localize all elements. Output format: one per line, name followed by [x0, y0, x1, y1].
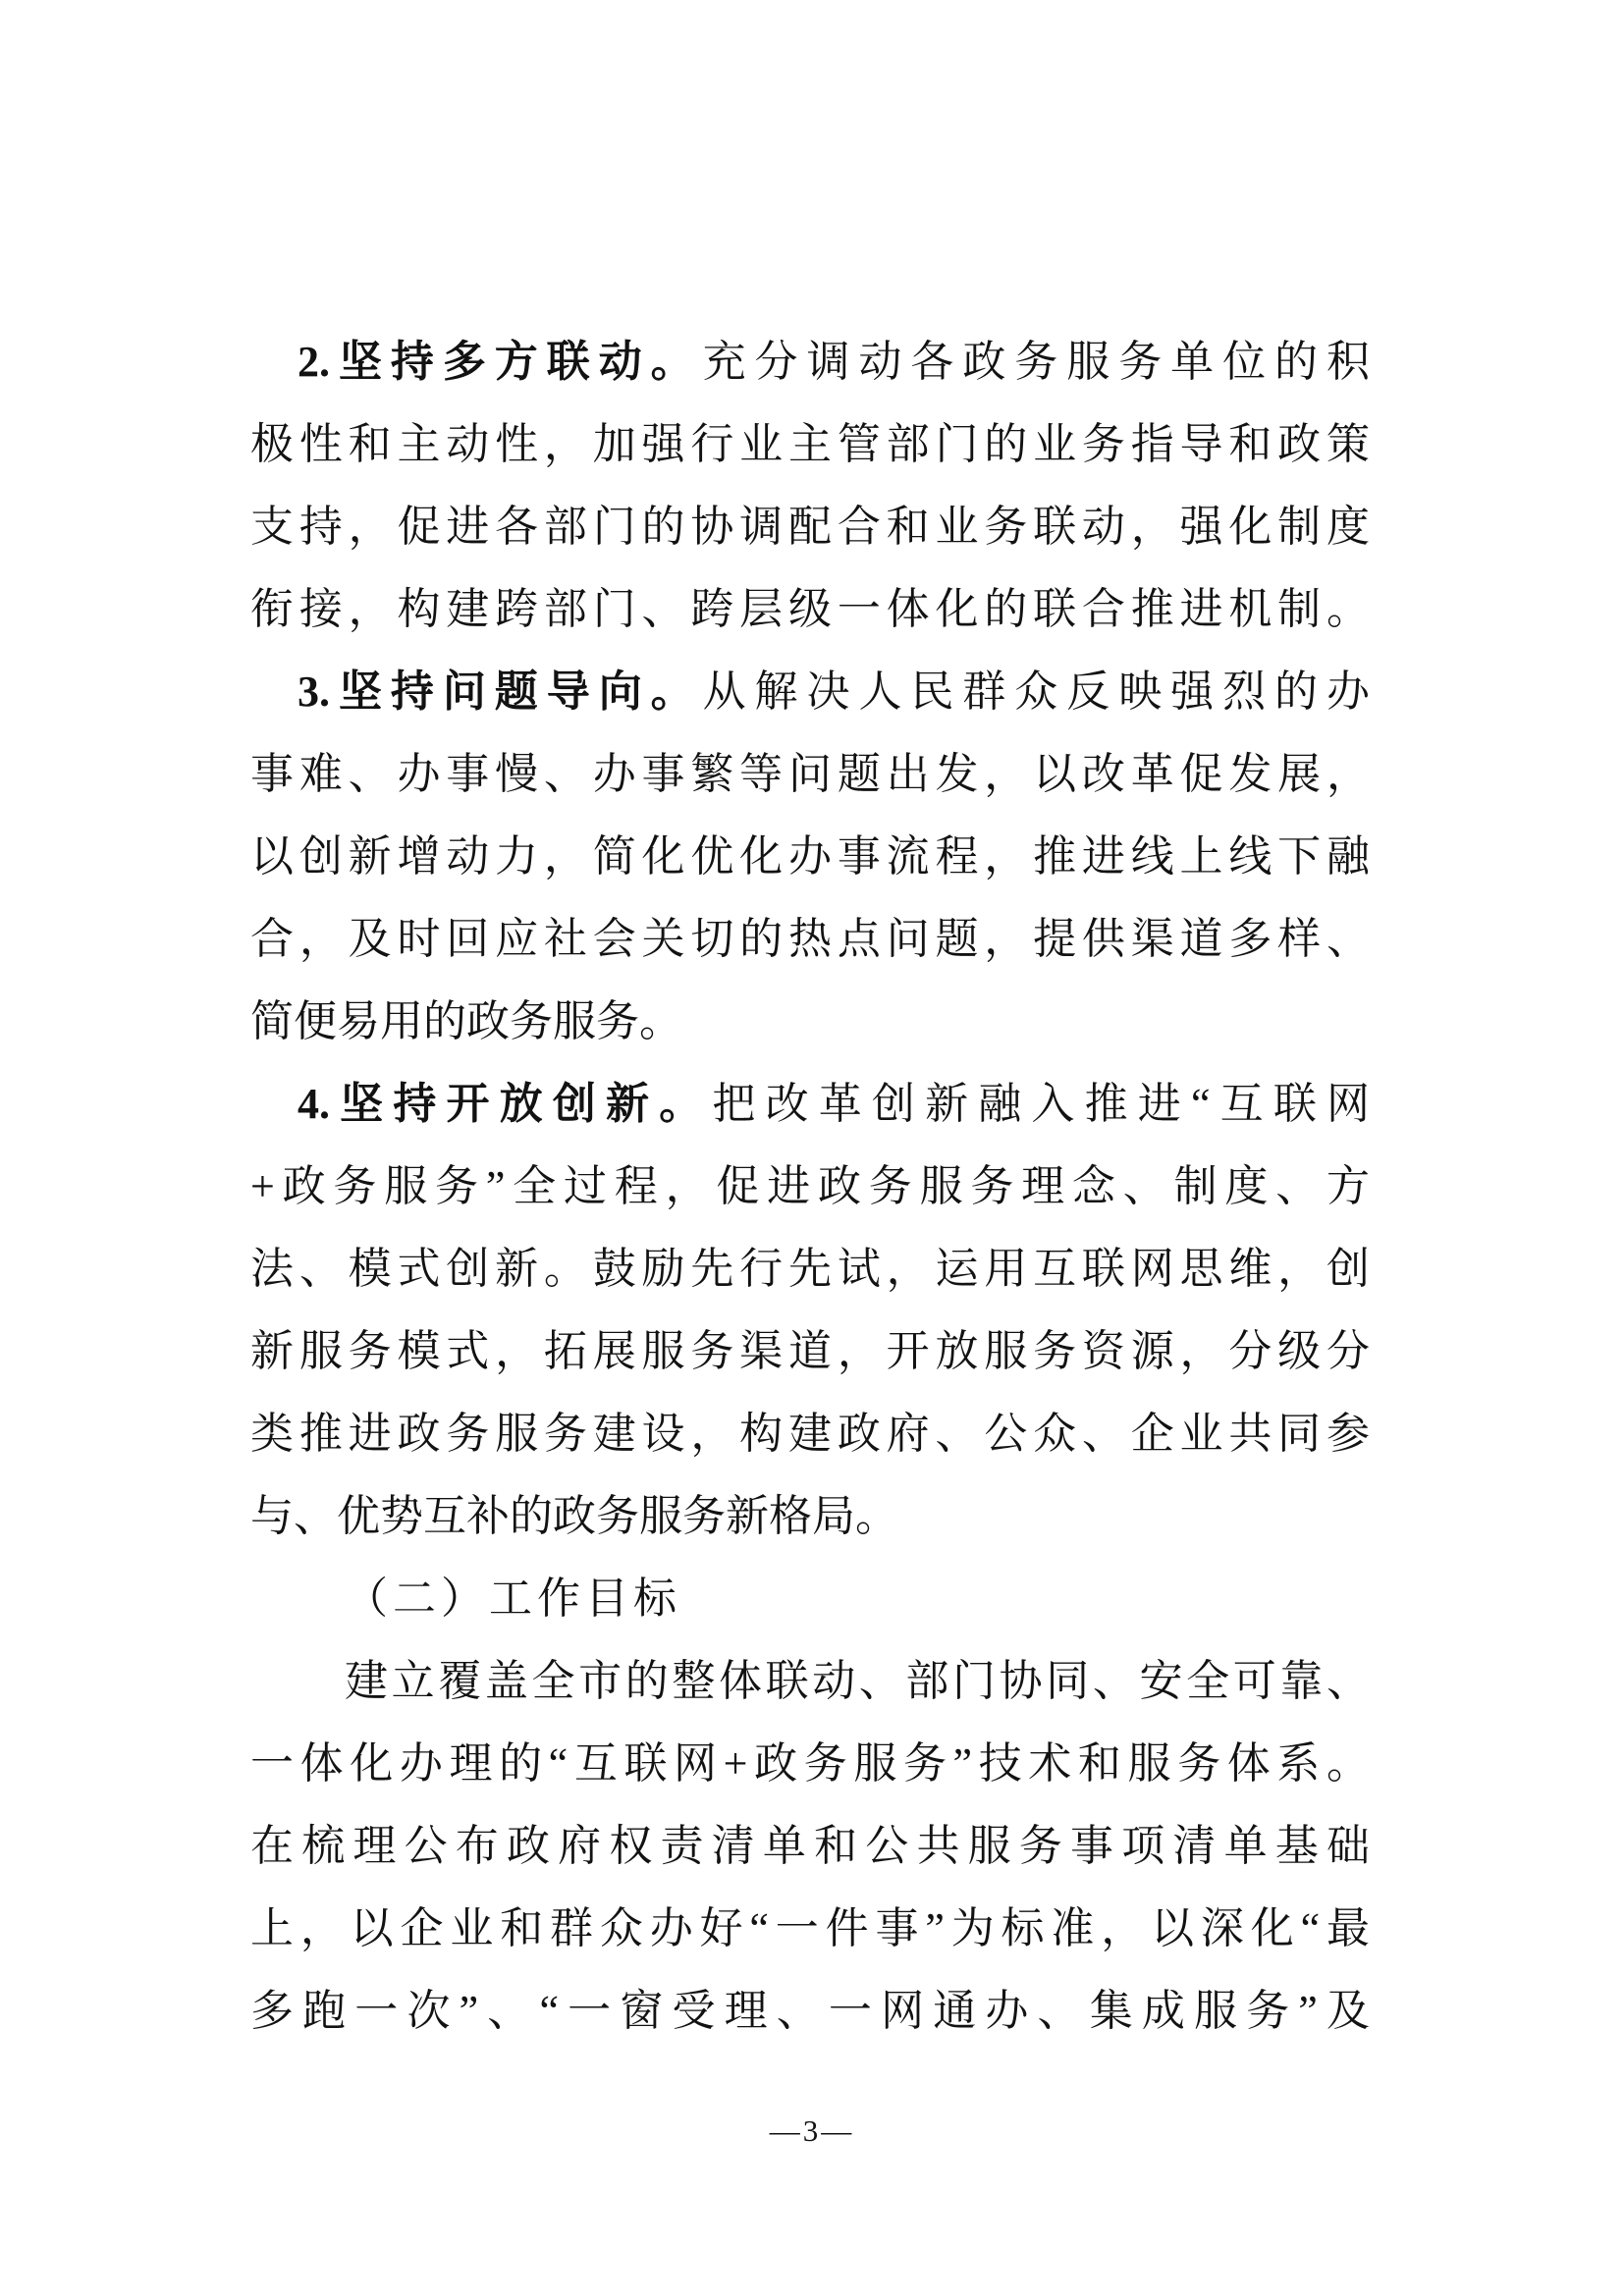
text-line: 极性和主动性，加强行业主管部门的业务指导和政策 — [250, 403, 1370, 486]
document-body: 2.坚持多方联动。充分调动各政务服务单位的积 极性和主动性，加强行业主管部门的业… — [250, 321, 1370, 2053]
text-line: 简便易用的政务服务。 — [250, 981, 1370, 1063]
text-line: 4.坚持开放创新。把改革创新融入推进“互联网 — [250, 1063, 1370, 1146]
item-4-lead-bold: 4.坚持开放创新。 — [298, 1080, 712, 1128]
item-3-lead-bold: 3.坚持问题导向。 — [298, 667, 703, 716]
item-4-body: 把改革创新融入推进“互联网 — [712, 1080, 1370, 1128]
text-line: 支持，促进各部门的协调配合和业务联动，强化制度 — [250, 486, 1370, 568]
text-line: 在梳理公布政府权责清单和公共服务事项清单基础 — [250, 1805, 1370, 1888]
text-line: 事难、办事慢、办事繁等问题出发，以改革促发展， — [250, 733, 1370, 816]
text-line: 与、优势互补的政务服务新格局。 — [250, 1475, 1370, 1558]
text-line: 3.坚持问题导向。从解决人民群众反映强烈的办 — [250, 651, 1370, 733]
section-heading: （二）工作目标 — [250, 1558, 1370, 1640]
text-line: 衔接，构建跨部门、跨层级一体化的联合推进机制。 — [250, 568, 1370, 651]
item-3-body: 从解决人民群众反映强烈的办 — [703, 667, 1370, 716]
document-page: 2.坚持多方联动。充分调动各政务服务单位的积 极性和主动性，加强行业主管部门的业… — [0, 0, 1624, 2296]
text-line: 2.坚持多方联动。充分调动各政务服务单位的积 — [250, 321, 1370, 403]
text-line: 上，以企业和群众办好“一件事”为标准，以深化“最 — [250, 1888, 1370, 1970]
page-number: —3— — [0, 2110, 1624, 2152]
text-line: 合，及时回应社会关切的热点问题，提供渠道多样、 — [250, 898, 1370, 981]
text-line: 多跑一次”、“一窗受理、一网通办、集成服务”及 — [250, 1970, 1370, 2053]
text-line: 新服务模式，拓展服务渠道，开放服务资源，分级分 — [250, 1310, 1370, 1393]
text-line: 以创新增动力，简化优化办事流程，推进线上线下融 — [250, 816, 1370, 898]
text-line: 法、模式创新。鼓励先行先试，运用互联网思维，创 — [250, 1228, 1370, 1310]
text-line: +政务服务”全过程，促进政务服务理念、制度、方 — [250, 1146, 1370, 1228]
item-2-body: 充分调动各政务服务单位的积 — [703, 338, 1370, 386]
item-2-lead-bold: 2.坚持多方联动。 — [298, 338, 703, 386]
text-line: 建立覆盖全市的整体联动、部门协同、安全可靠、 — [250, 1640, 1370, 1723]
text-line: 一体化办理的“互联网+政务服务”技术和服务体系。 — [250, 1723, 1370, 1805]
text-line: 类推进政务服务建设，构建政府、公众、企业共同参 — [250, 1393, 1370, 1475]
